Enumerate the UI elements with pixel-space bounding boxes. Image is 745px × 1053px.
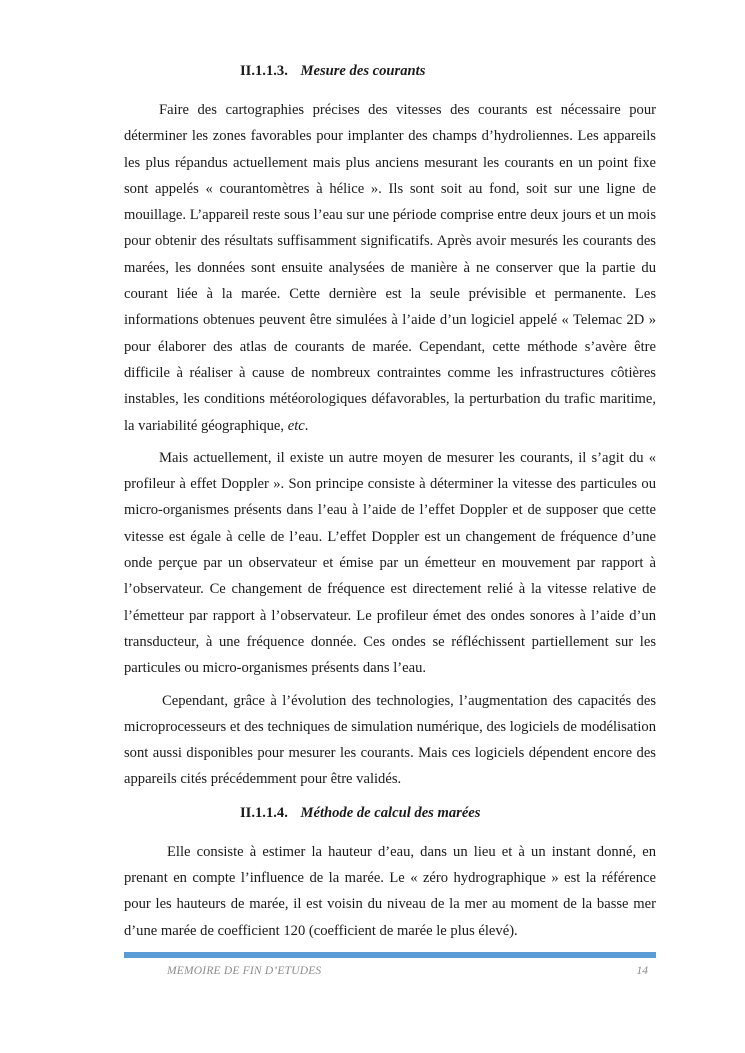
section-number: II.1.1.3. xyxy=(240,63,288,79)
footer-divider-bar xyxy=(124,952,656,958)
punctuation: . xyxy=(305,418,309,434)
paragraph-text: Faire des cartographies précises des vit… xyxy=(124,102,656,434)
section-title: Méthode de calcul des marées xyxy=(301,805,481,821)
section-number: II.1.1.4. xyxy=(240,805,288,821)
paragraph: Elle consiste à estimer la hauteur d’eau… xyxy=(124,839,656,944)
paragraph: Mais actuellement, il existe un autre mo… xyxy=(124,445,656,682)
section-title: Mesure des courants xyxy=(301,63,426,79)
document-page: II.1.1.3. Mesure des courants Faire des … xyxy=(0,0,745,1053)
italic-text: etc xyxy=(288,418,305,434)
section-heading-methode-de-calcul: II.1.1.4. Méthode de calcul des marées xyxy=(240,803,656,823)
section-heading-mesure-des-courants: II.1.1.3. Mesure des courants xyxy=(240,61,656,81)
page-body: II.1.1.3. Mesure des courants Faire des … xyxy=(124,58,656,944)
paragraph: Cependant, grâce à l’évolution des techn… xyxy=(124,688,656,793)
paragraph: Faire des cartographies précises des vit… xyxy=(124,97,656,439)
footer-title: MEMOIRE DE FIN D’ETUDES xyxy=(167,965,321,977)
page-number: 14 xyxy=(637,965,649,977)
